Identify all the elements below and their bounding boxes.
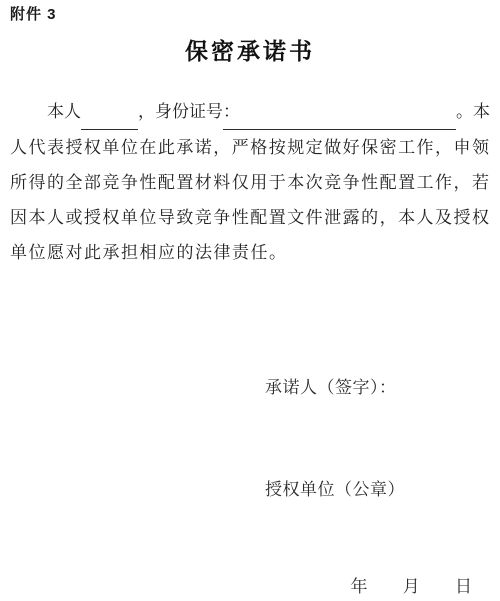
body-line-3: 所得的全部竞争性配置材料仅用于本次竞争性配置工作，若 (10, 165, 490, 200)
date-line: 年 月 日 (351, 572, 473, 597)
month-label: 月 (403, 577, 420, 596)
attachment-label: 附件 3 (10, 3, 57, 24)
year-label: 年 (351, 577, 368, 596)
line1-id-label: ，身份证号 (138, 94, 223, 130)
page-title: 保密承诺书 (0, 33, 500, 66)
document-page: 附件 3 保密承诺书 本人 ，身份证号 ： 。本 人代表授权单位在此承诺，严格按… (0, 0, 500, 601)
name-blank-field (81, 94, 138, 130)
body-paragraph: 本人 ，身份证号 ： 。本 人代表授权单位在此承诺，严格按规定做好保密工作，申领… (10, 94, 490, 270)
line1-suffix: 。本 (456, 94, 490, 130)
promiser-signature-label: 承诺人（签字）： (265, 373, 397, 398)
id-number-blank-field: ： (223, 94, 456, 130)
body-line-5: 单位愿对此承担相应的法律责任。 (10, 235, 490, 270)
line1-prefix: 本人 (47, 94, 81, 130)
paragraph-indent (10, 94, 47, 130)
day-label: 日 (455, 577, 472, 596)
body-line-2: 人代表授权单位在此承诺，严格按规定做好保密工作，申领 (10, 130, 490, 165)
body-line-1: 本人 ，身份证号 ： 。本 (10, 94, 490, 130)
body-line-4: 因本人或授权单位导致竞争性配置文件泄露的，本人及授权 (10, 200, 490, 235)
unit-seal-label: 授权单位（公章） (265, 475, 405, 500)
id-label-colon: ： (223, 94, 240, 129)
